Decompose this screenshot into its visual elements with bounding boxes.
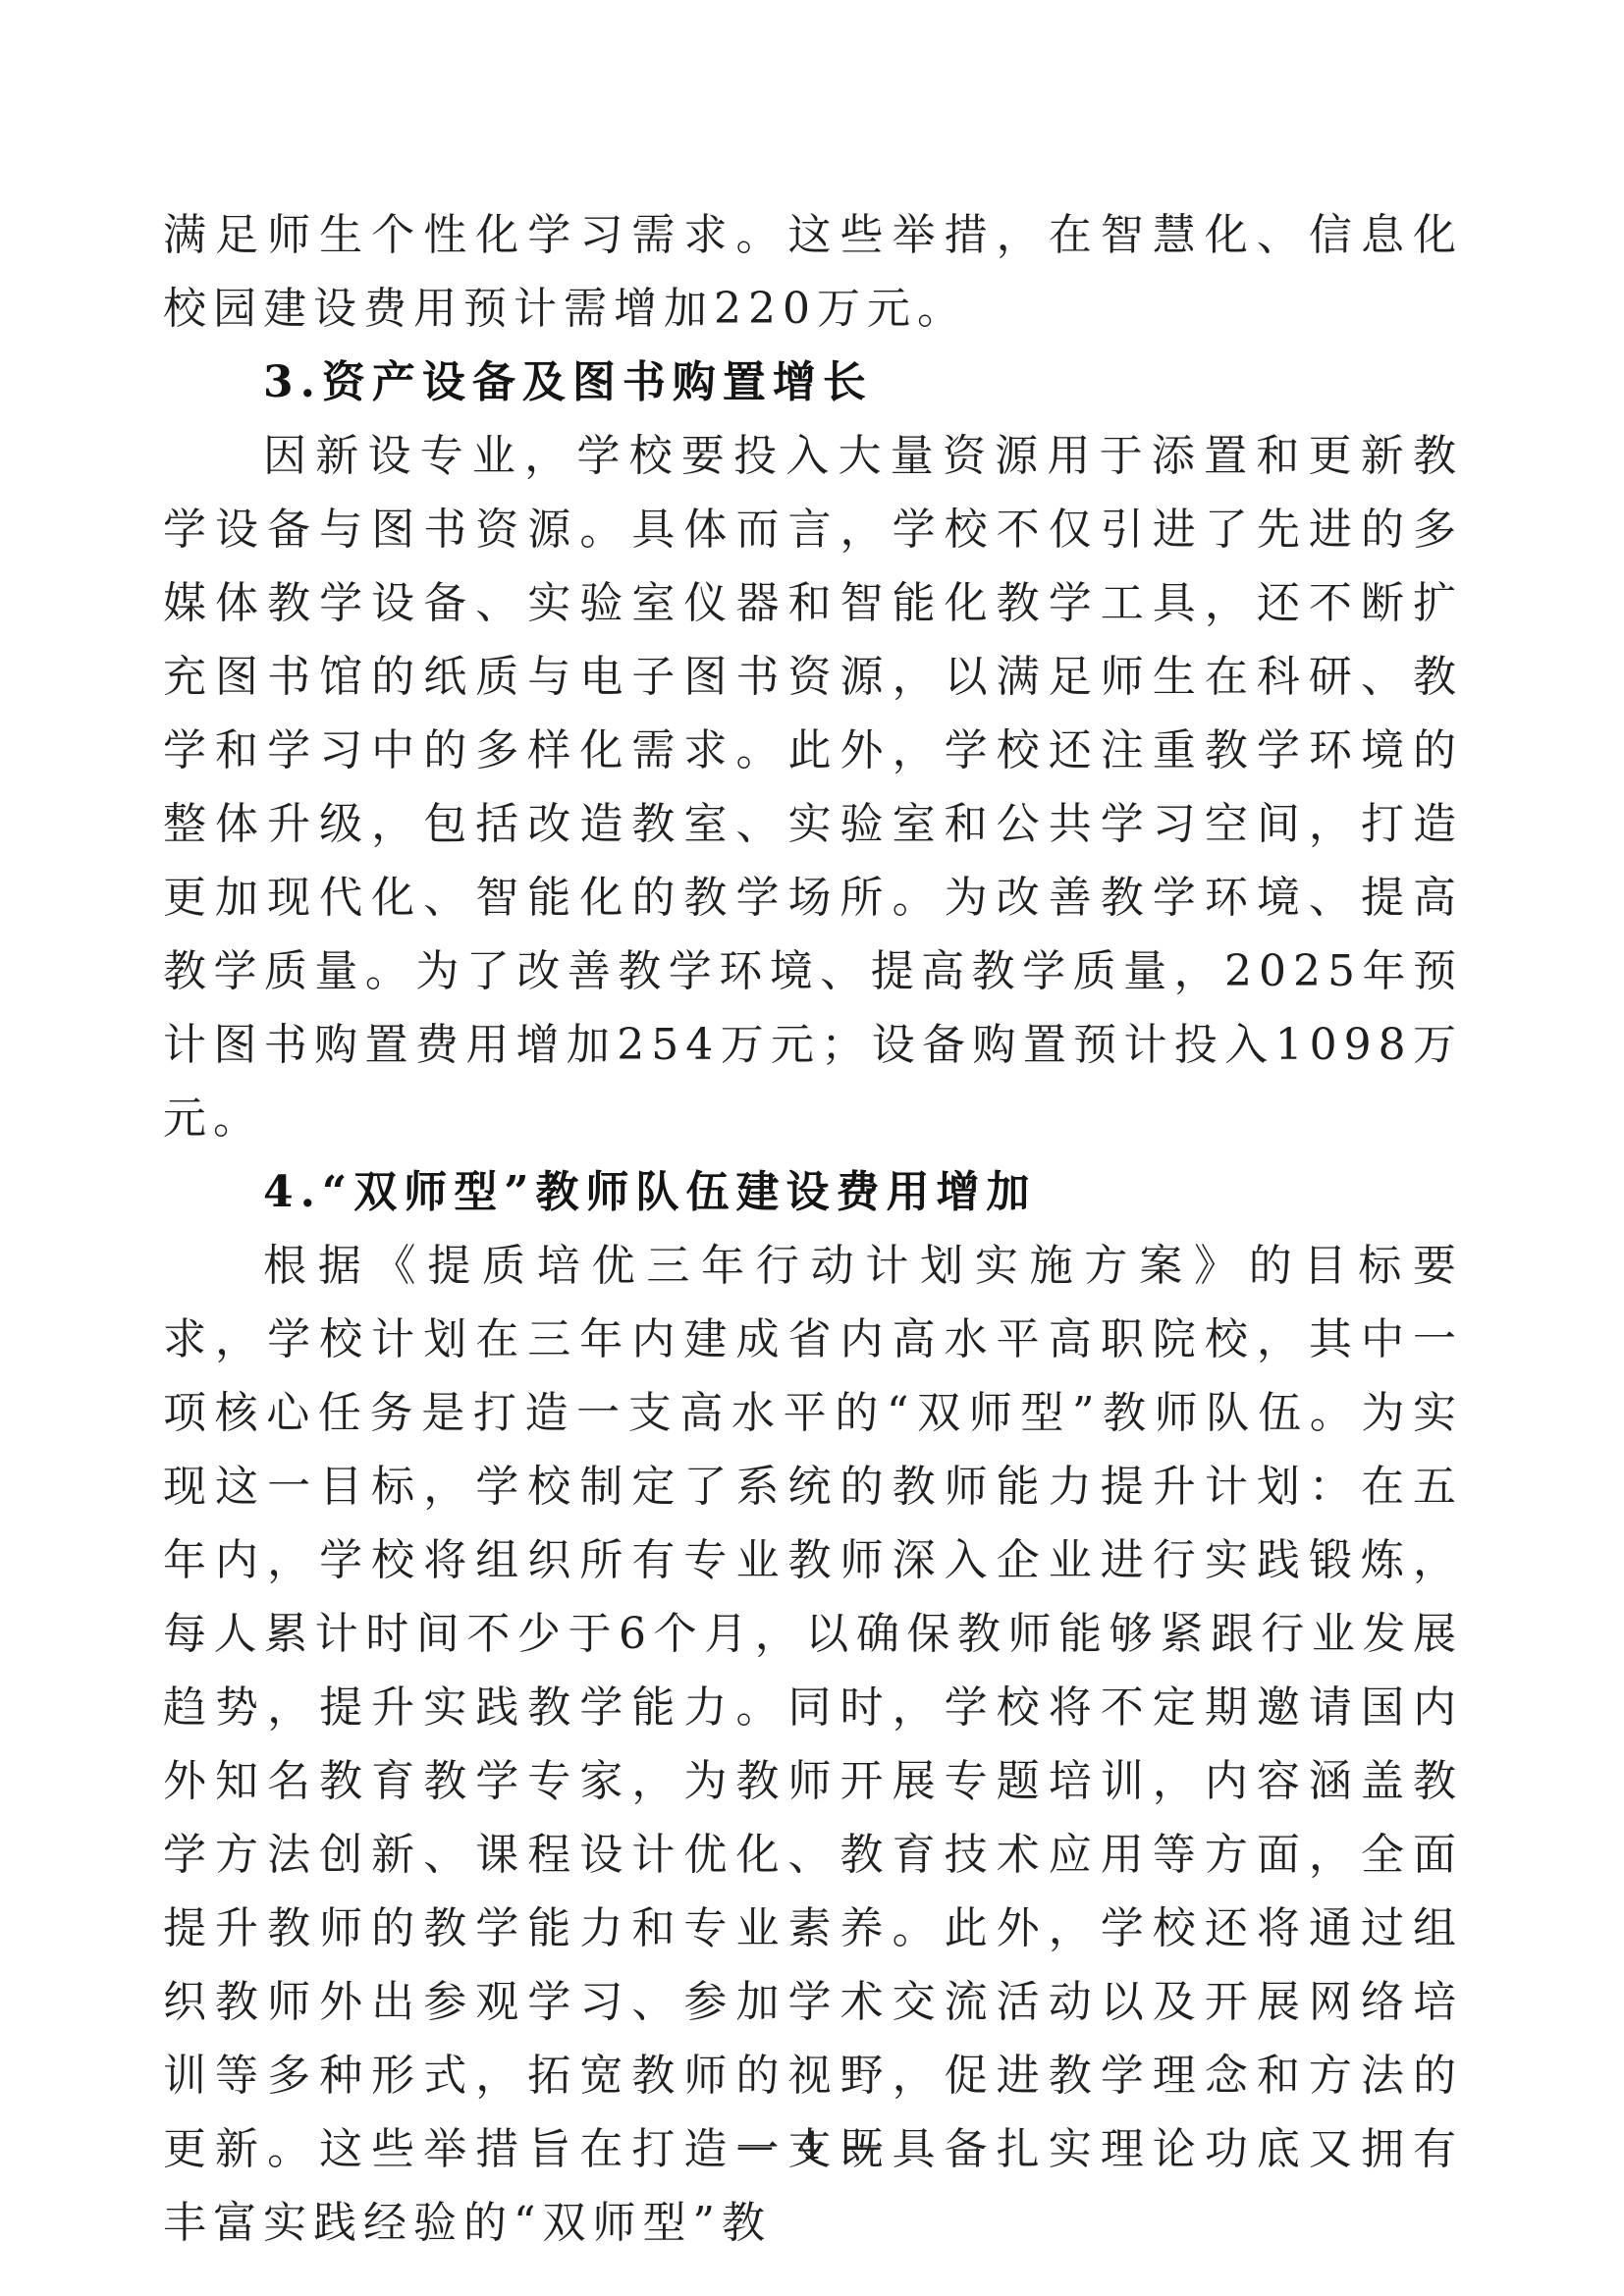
paragraph: 因新设专业，学校要投入大量资源用于添置和更新教学设备与图书资源。具体而言，学校不… [163,419,1463,1155]
paragraph: 根据《提质培优三年行动计划实施方案》的目标要求，学校计划在三年内建成省内高水平高… [163,1229,1463,2260]
paragraph: 满足师生个性化学习需求。这些举措，在智慧化、信息化校园建设费用预计需增加220万… [163,198,1463,346]
document-page: 满足师生个性化学习需求。这些举措，在智慧化、信息化校园建设费用预计需增加220万… [0,0,1624,2296]
section-heading: 3.资产设备及图书购置增长 [163,346,1463,419]
page-footer: — 4 — [0,2118,1624,2173]
page-number: — 4 — [736,2124,888,2167]
document-body: 满足师生个性化学习需求。这些举措，在智慧化、信息化校园建设费用预计需增加220万… [163,198,1463,2260]
section-heading: 4.“双师型”教师队伍建设费用增加 [163,1155,1463,1229]
